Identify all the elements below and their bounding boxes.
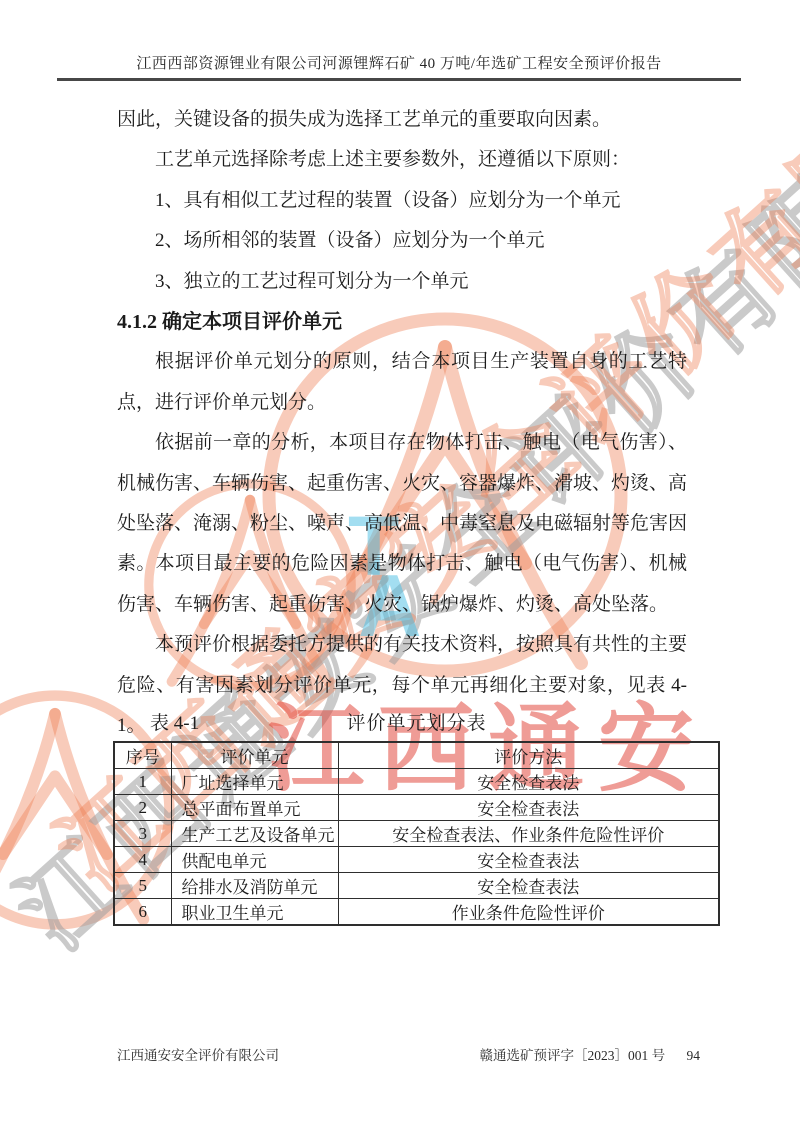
column-header: 序号 <box>114 742 171 769</box>
footer-company: 江西通安安全评价有限公司 <box>117 1044 279 1064</box>
row-number-cell: 3 <box>114 821 171 847</box>
paragraph: 因此，关键设备的损失成为选择工艺单元的重要取向因素。 <box>117 100 687 140</box>
table-caption-title: 评价单元划分表 <box>114 708 719 735</box>
paragraph: 根据评价单元划分的原则，结合本项目生产装置自身的工艺特点，进行评价单元划分。 <box>117 342 687 423</box>
method-cell: 安全检查表法 <box>338 873 719 899</box>
page-footer: 江西通安安全评价有限公司 赣通选矿预评字［2023］001 号 94 <box>117 1044 700 1064</box>
unit-cell: 供配电单元 <box>171 847 338 873</box>
paragraph: 3、独立的工艺过程可划分为一个单元 <box>117 262 687 302</box>
method-cell: 安全检查表法 <box>338 847 719 873</box>
document-page: 江西通安安全评价有限公司 江西通安安全评价有限公司 T A 江西通安 江西西部资… <box>0 0 800 1131</box>
table-row: 4供配电单元安全检查表法 <box>114 847 719 873</box>
column-header: 评价单元 <box>171 742 338 769</box>
method-cell: 安全检查表法 <box>338 769 719 795</box>
table-row: 2总平面布置单元安全检查表法 <box>114 795 719 821</box>
paragraph: 依据前一章的分析，本项目存在物体打击、触电（电气伤害）、机械伤害、车辆伤害、起重… <box>117 423 687 625</box>
table-header-row: 序号评价单元评价方法 <box>114 742 719 769</box>
paragraph: 1、具有相似工艺过程的装置（设备）应划分为一个单元 <box>117 181 687 221</box>
footer-page-number: 94 <box>687 1048 701 1063</box>
footer-right: 赣通选矿预评字［2023］001 号 94 <box>480 1044 701 1064</box>
body-text: 因此，关键设备的损失成为选择工艺单元的重要取向因素。工艺单元选择除考虑上述主要参… <box>117 100 687 747</box>
footer-doc-number: 赣通选矿预评字［2023］001 号 <box>480 1048 666 1063</box>
table-row: 6职业卫生单元作业条件危险性评价 <box>114 899 719 926</box>
row-number-cell: 6 <box>114 899 171 926</box>
method-cell: 安全检查表法、作业条件危险性评价 <box>338 821 719 847</box>
unit-cell: 厂址选择单元 <box>171 769 338 795</box>
paragraph: 工艺单元选择除考虑上述主要参数外，还遵循以下原则： <box>117 140 687 180</box>
row-number-cell: 5 <box>114 873 171 899</box>
table-row: 1厂址选择单元安全检查表法 <box>114 769 719 795</box>
table-caption-label: 表 4-1 <box>150 708 199 735</box>
unit-cell: 给排水及消防单元 <box>171 873 338 899</box>
table-body: 1厂址选择单元安全检查表法2总平面布置单元安全检查表法3生产工艺及设备单元安全检… <box>114 769 719 926</box>
table-row: 3生产工艺及设备单元安全检查表法、作业条件危险性评价 <box>114 821 719 847</box>
table-row: 5给排水及消防单元安全检查表法 <box>114 873 719 899</box>
evaluation-units-table: 序号评价单元评价方法 1厂址选择单元安全检查表法2总平面布置单元安全检查表法3生… <box>113 741 720 926</box>
table-header: 序号评价单元评价方法 <box>114 742 719 769</box>
row-number-cell: 1 <box>114 769 171 795</box>
paragraph: 2、场所相邻的装置（设备）应划分为一个单元 <box>117 221 687 261</box>
row-number-cell: 2 <box>114 795 171 821</box>
column-header: 评价方法 <box>338 742 719 769</box>
content-layer: 江西西部资源锂业有限公司河源锂辉石矿 40 万吨/年选矿工程安全预评价报告 因此… <box>0 0 800 1131</box>
unit-cell: 总平面布置单元 <box>171 795 338 821</box>
unit-cell: 生产工艺及设备单元 <box>171 821 338 847</box>
section-heading: 4.1.2 确定本项目评价单元 <box>117 302 687 342</box>
row-number-cell: 4 <box>114 847 171 873</box>
header-title: 江西西部资源锂业有限公司河源锂辉石矿 40 万吨/年选矿工程安全预评价报告 <box>136 56 661 72</box>
table-caption: 表 4-1 评价单元划分表 <box>114 708 719 734</box>
unit-cell: 职业卫生单元 <box>171 899 338 926</box>
method-cell: 作业条件危险性评价 <box>338 899 719 926</box>
method-cell: 安全检查表法 <box>338 795 719 821</box>
page-header: 江西西部资源锂业有限公司河源锂辉石矿 40 万吨/年选矿工程安全预评价报告 <box>57 52 741 81</box>
